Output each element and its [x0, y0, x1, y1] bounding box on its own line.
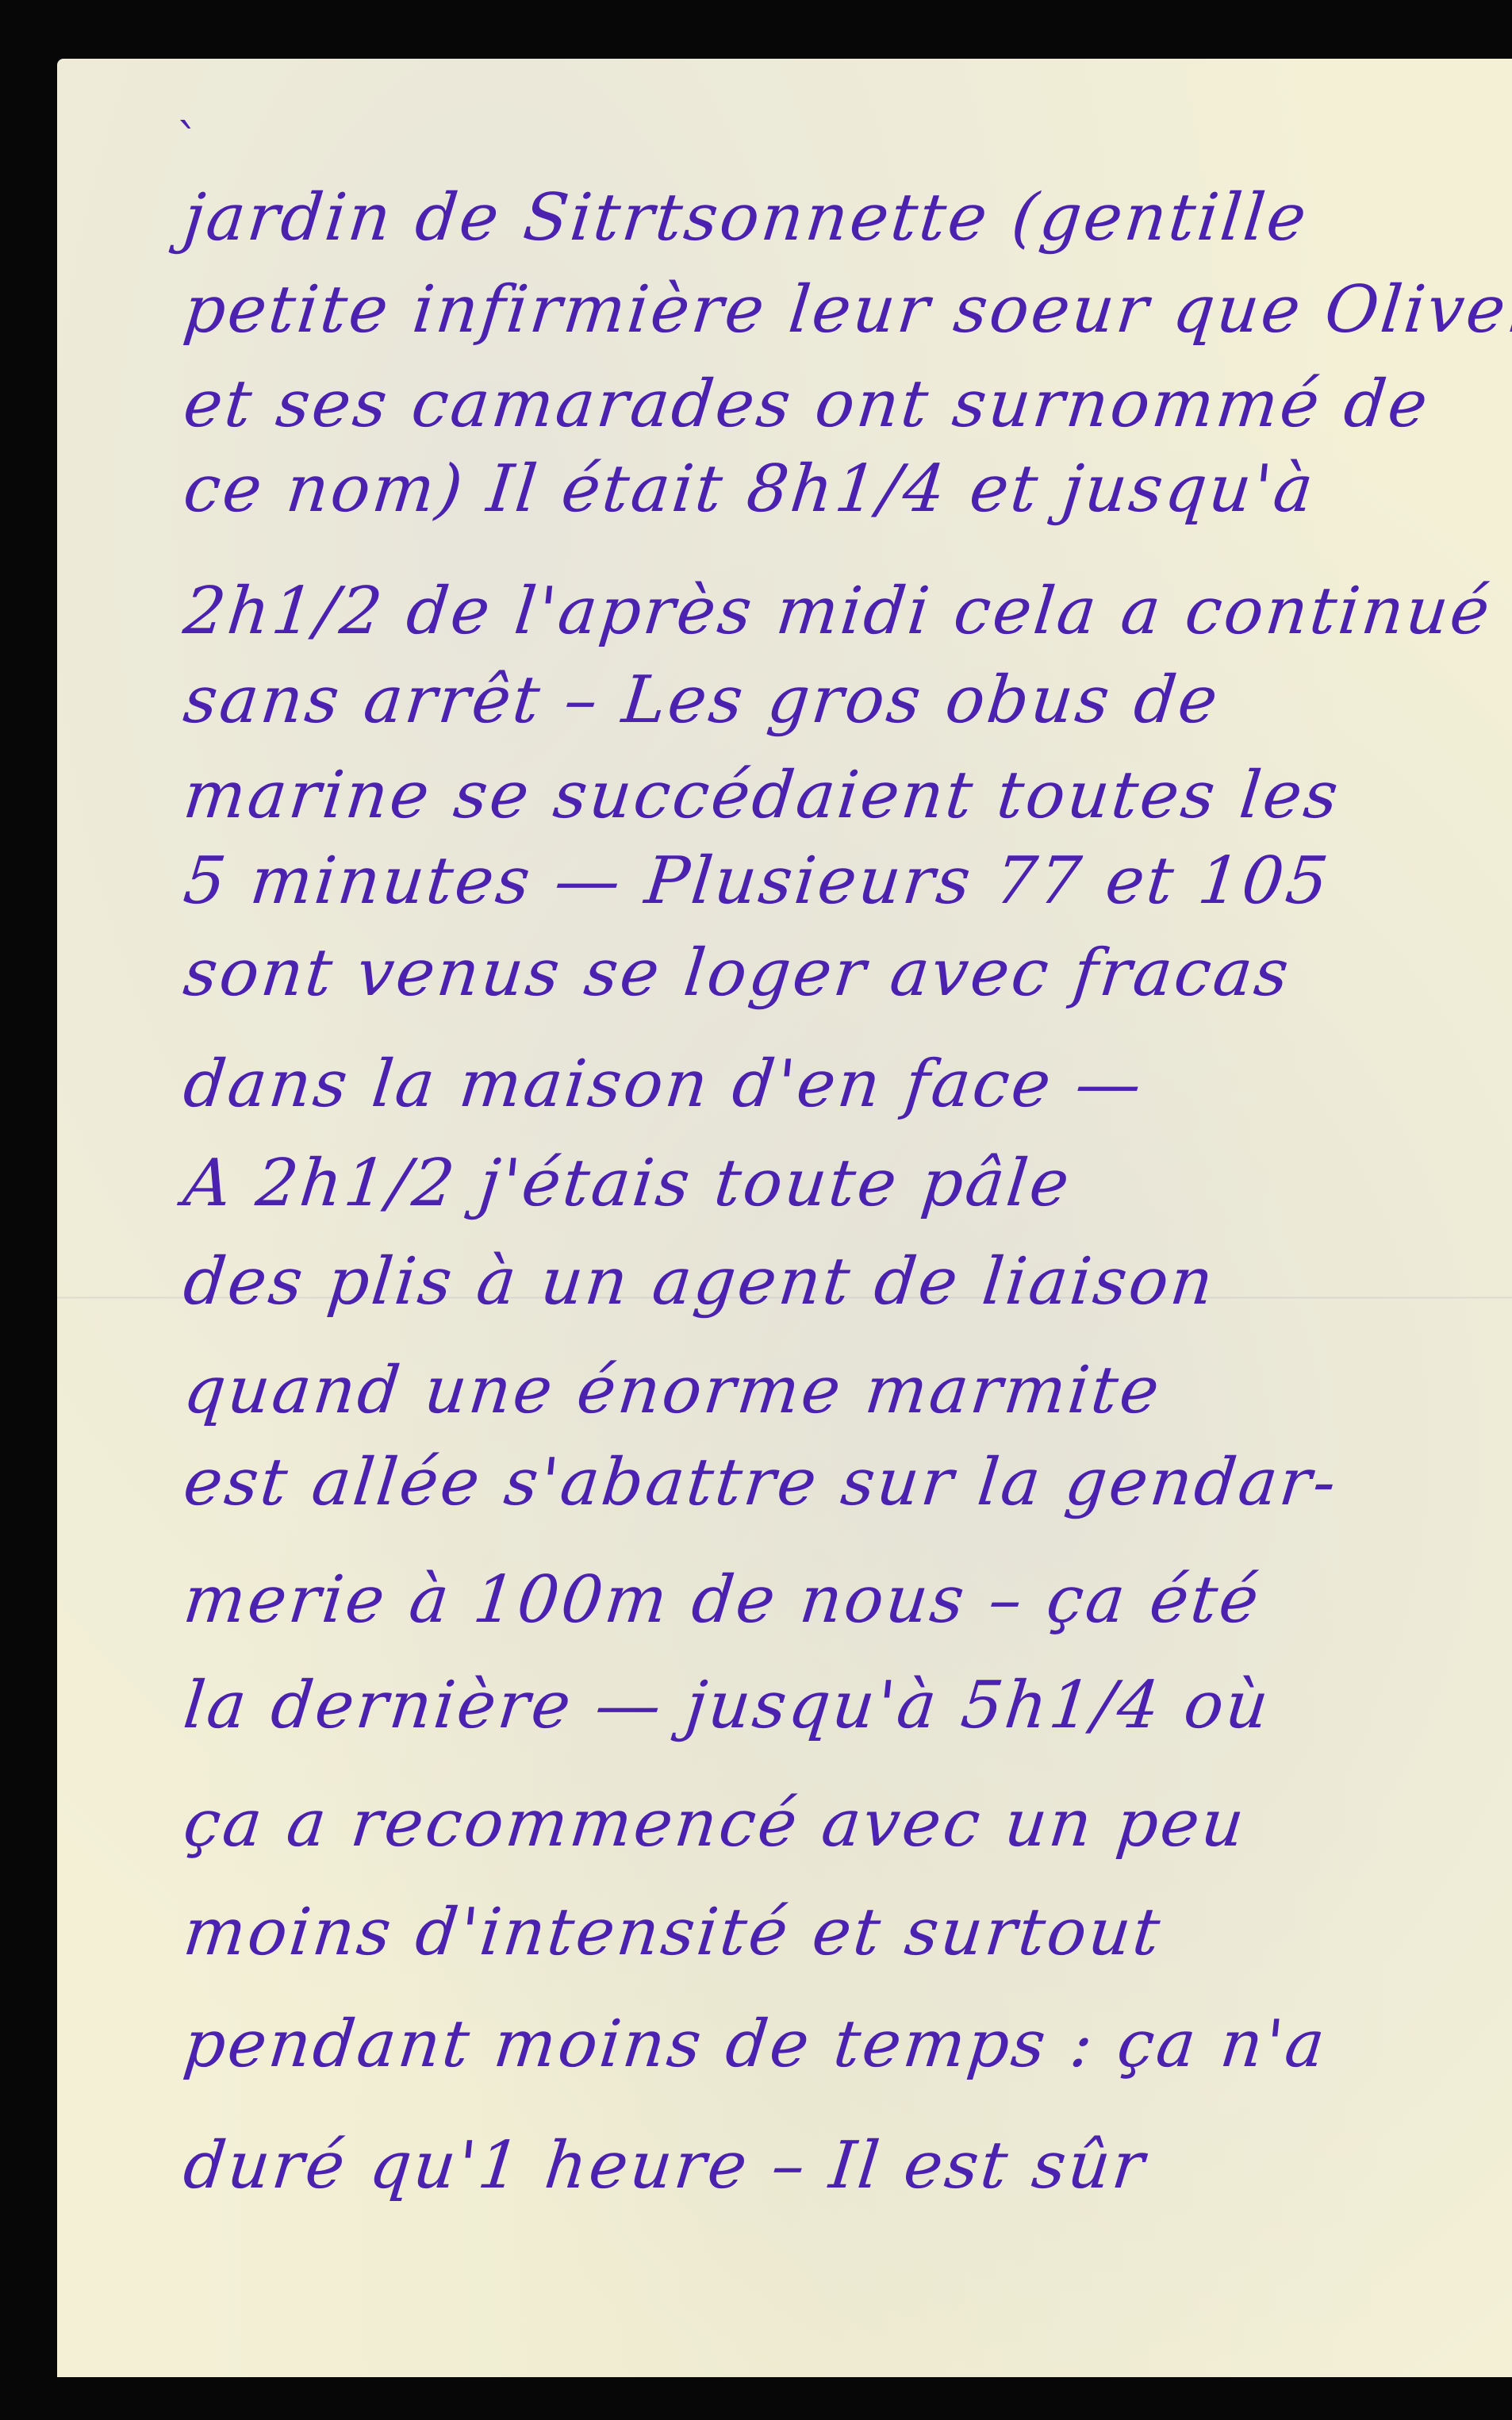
handwritten-line: la dernière — jusqu'à 5h1/4 où — [181, 1673, 1274, 1738]
handwritten-line: duré qu'1 heure – Il est sûr — [181, 2134, 1149, 2199]
handwritten-line: sont venus se loger avec fracas — [181, 941, 1294, 1006]
handwritten-line: pendant moins de temps : ça n'a — [181, 2012, 1330, 2077]
handwritten-line: 5 minutes — Plusieurs 77 et 105 — [181, 849, 1334, 914]
handwritten-line: quand une énorme marmite — [181, 1358, 1165, 1423]
handwritten-line: ce nom) Il était 8h1/4 et jusqu'à — [181, 457, 1318, 522]
handwritten-line: petite infirmière leur soeur que Oliver — [181, 278, 1512, 343]
handwritten-line: jardin de Sitrtsonnette (gentille — [181, 186, 1311, 251]
handwritten-line: et ses camarades ont surnommé de — [181, 372, 1433, 437]
handwritten-line: A 2h1/2 j'étais toute pâle — [181, 1151, 1074, 1216]
stray-accent-mark: ` — [176, 114, 200, 170]
handwritten-line: dans la maison d'en face — — [181, 1052, 1147, 1117]
letter-page: ` jardin de Sitrtsonnette (gentille peti… — [57, 59, 1512, 2377]
handwritten-line: moins d'intensité et surtout — [181, 1900, 1165, 1965]
handwritten-line: marine se succédaient toutes les — [181, 763, 1344, 828]
handwritten-line: merie à 100m de nous – ça été — [181, 1568, 1264, 1633]
handwritten-line: est allée s'abattre sur la gendar- — [181, 1450, 1341, 1515]
handwritten-line: des plis à un agent de liaison — [181, 1250, 1218, 1315]
handwritten-line: ça a recommencé avec un peu — [181, 1792, 1249, 1857]
handwritten-line: sans arrêt – Les gros obus de — [181, 668, 1223, 733]
handwritten-line: 2h1/2 de l'après midi cela a continué — [181, 579, 1495, 644]
